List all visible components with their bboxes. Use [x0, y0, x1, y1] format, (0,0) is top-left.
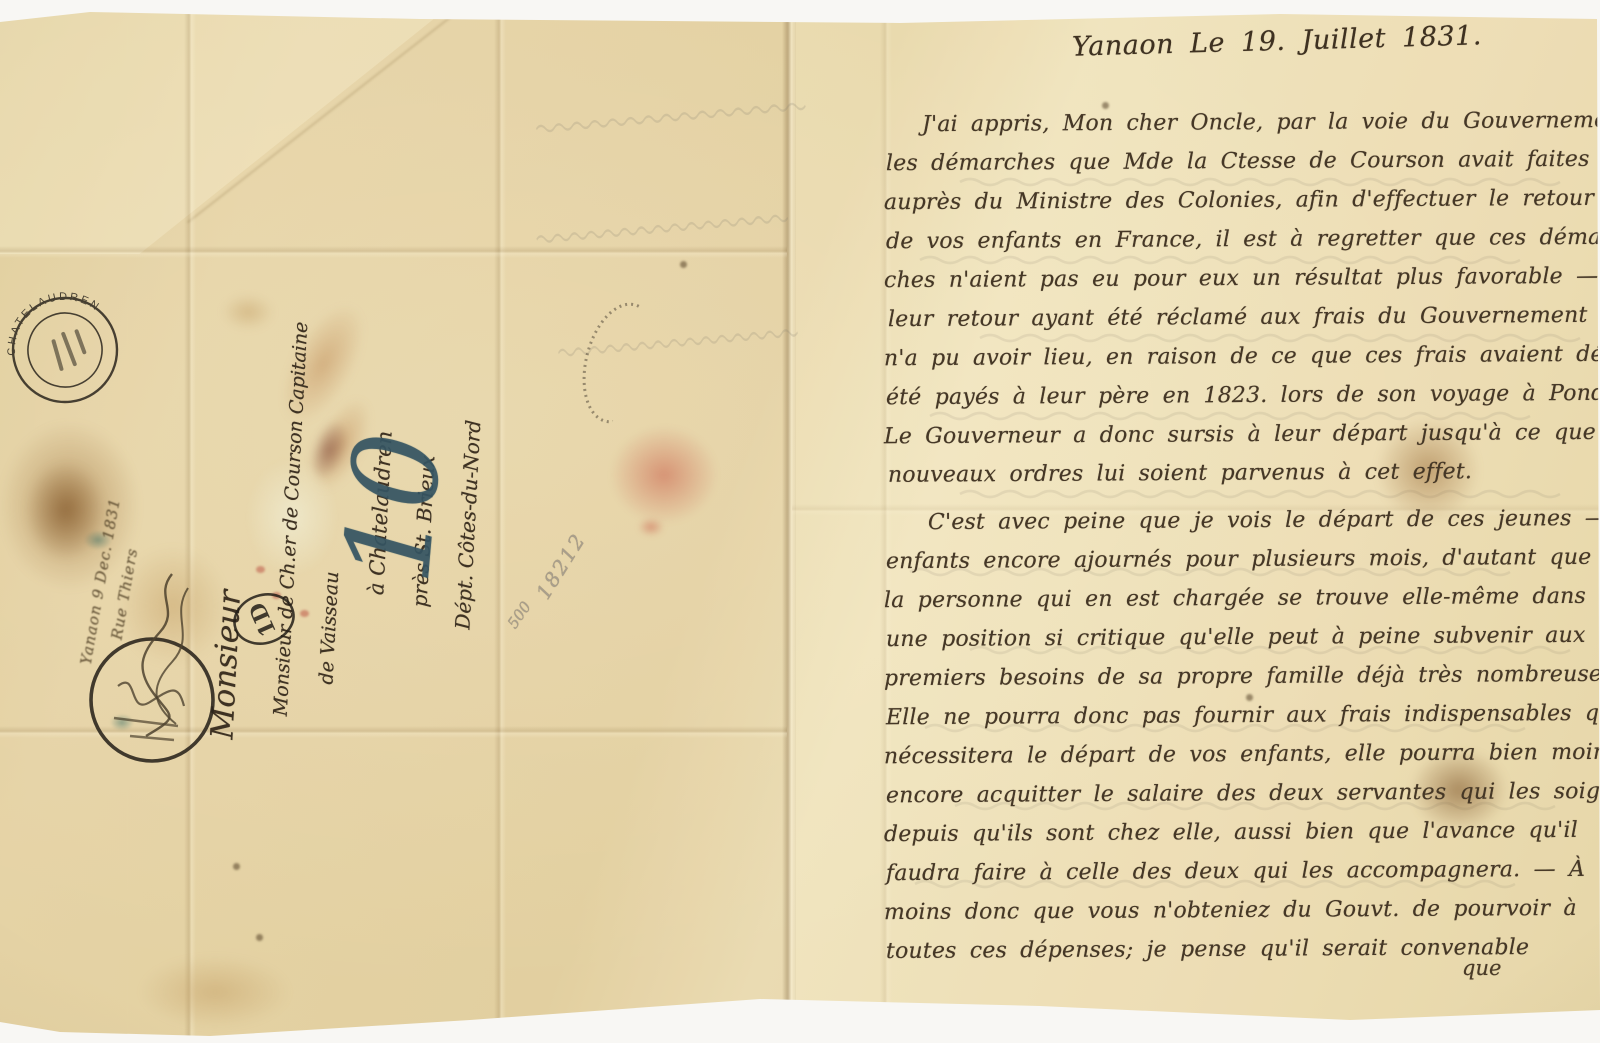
letter-line: J'ai appris, Mon cher Oncle, par la voie… [922, 108, 1600, 137]
postage-due-marking: 10 [328, 428, 459, 588]
letter-line: premiers besoins de sa propre famille dé… [884, 662, 1600, 691]
letter-line: été payés à leur père en 1823. lors de s… [886, 381, 1600, 410]
letter-line: ches n'aient pas eu pour eux un résultat… [884, 264, 1598, 293]
sheet-edge [782, 6, 796, 1036]
letter-line: Elle ne pourra donc pas fournir aux frai… [886, 701, 1600, 731]
spot [1246, 694, 1253, 701]
letter-line: depuis qu'ils sont chez elle, aussi bien… [884, 818, 1578, 847]
spot [233, 863, 240, 870]
letter-line: nécessitera le départ de vos enfants, el… [884, 740, 1600, 769]
letter-line: enfants encore ajournés pour plusieurs m… [886, 545, 1592, 574]
letter-line: toutes ces dépenses; je pense qu'il sera… [886, 935, 1529, 964]
address-line: Monsieur de Ch.er de Courson Capitaine [270, 321, 313, 717]
spot [680, 261, 687, 268]
spot [1102, 102, 1109, 109]
letter-line: C'est avec peine que je vois le départ d… [928, 506, 1600, 535]
letter-line: une position si critique qu'elle peut à … [886, 623, 1586, 652]
letter-line: auprès du Ministre des Colonies, afin d'… [884, 186, 1594, 215]
decime-stamp: 1D [230, 584, 298, 654]
letter-sheet: CHATELAUDREN Yanaon 9 Dec. 1831 Rue Thie… [0, 6, 1600, 1036]
letter-line: de vos enfants en France, il est à regre… [886, 225, 1600, 254]
decime-stamp-label: 1D [244, 598, 282, 640]
fold-crease [0, 246, 787, 258]
letter-line: Le Gouverneur a donc sursis à leur dépar… [884, 420, 1600, 450]
catchword: que [1462, 956, 1501, 980]
letter-line: encore acquitter le salaire des deux ser… [886, 779, 1600, 809]
letter-line: faudra faire à celle des deux qui les ac… [886, 857, 1585, 886]
address-line: de Vaisseau [315, 571, 343, 685]
transit-stamp [84, 566, 224, 776]
spot [256, 934, 263, 941]
letter-line: nouveaux ordres lui soient parvenus à ce… [888, 459, 1472, 488]
letter-line: n'a pu avoir lieu, en raison de ce que c… [884, 342, 1600, 372]
letter-line: moins donc que vous n'obteniez du Gouvt.… [884, 896, 1577, 925]
letter-line: les démarches que Mde la Ctesse de Cours… [886, 147, 1590, 176]
fold-crease [184, 6, 196, 1036]
letter-line: leur retour ayant été réclamé aux frais … [888, 303, 1588, 332]
letter-line: la personne qui en est chargée se trouve… [884, 584, 1586, 613]
